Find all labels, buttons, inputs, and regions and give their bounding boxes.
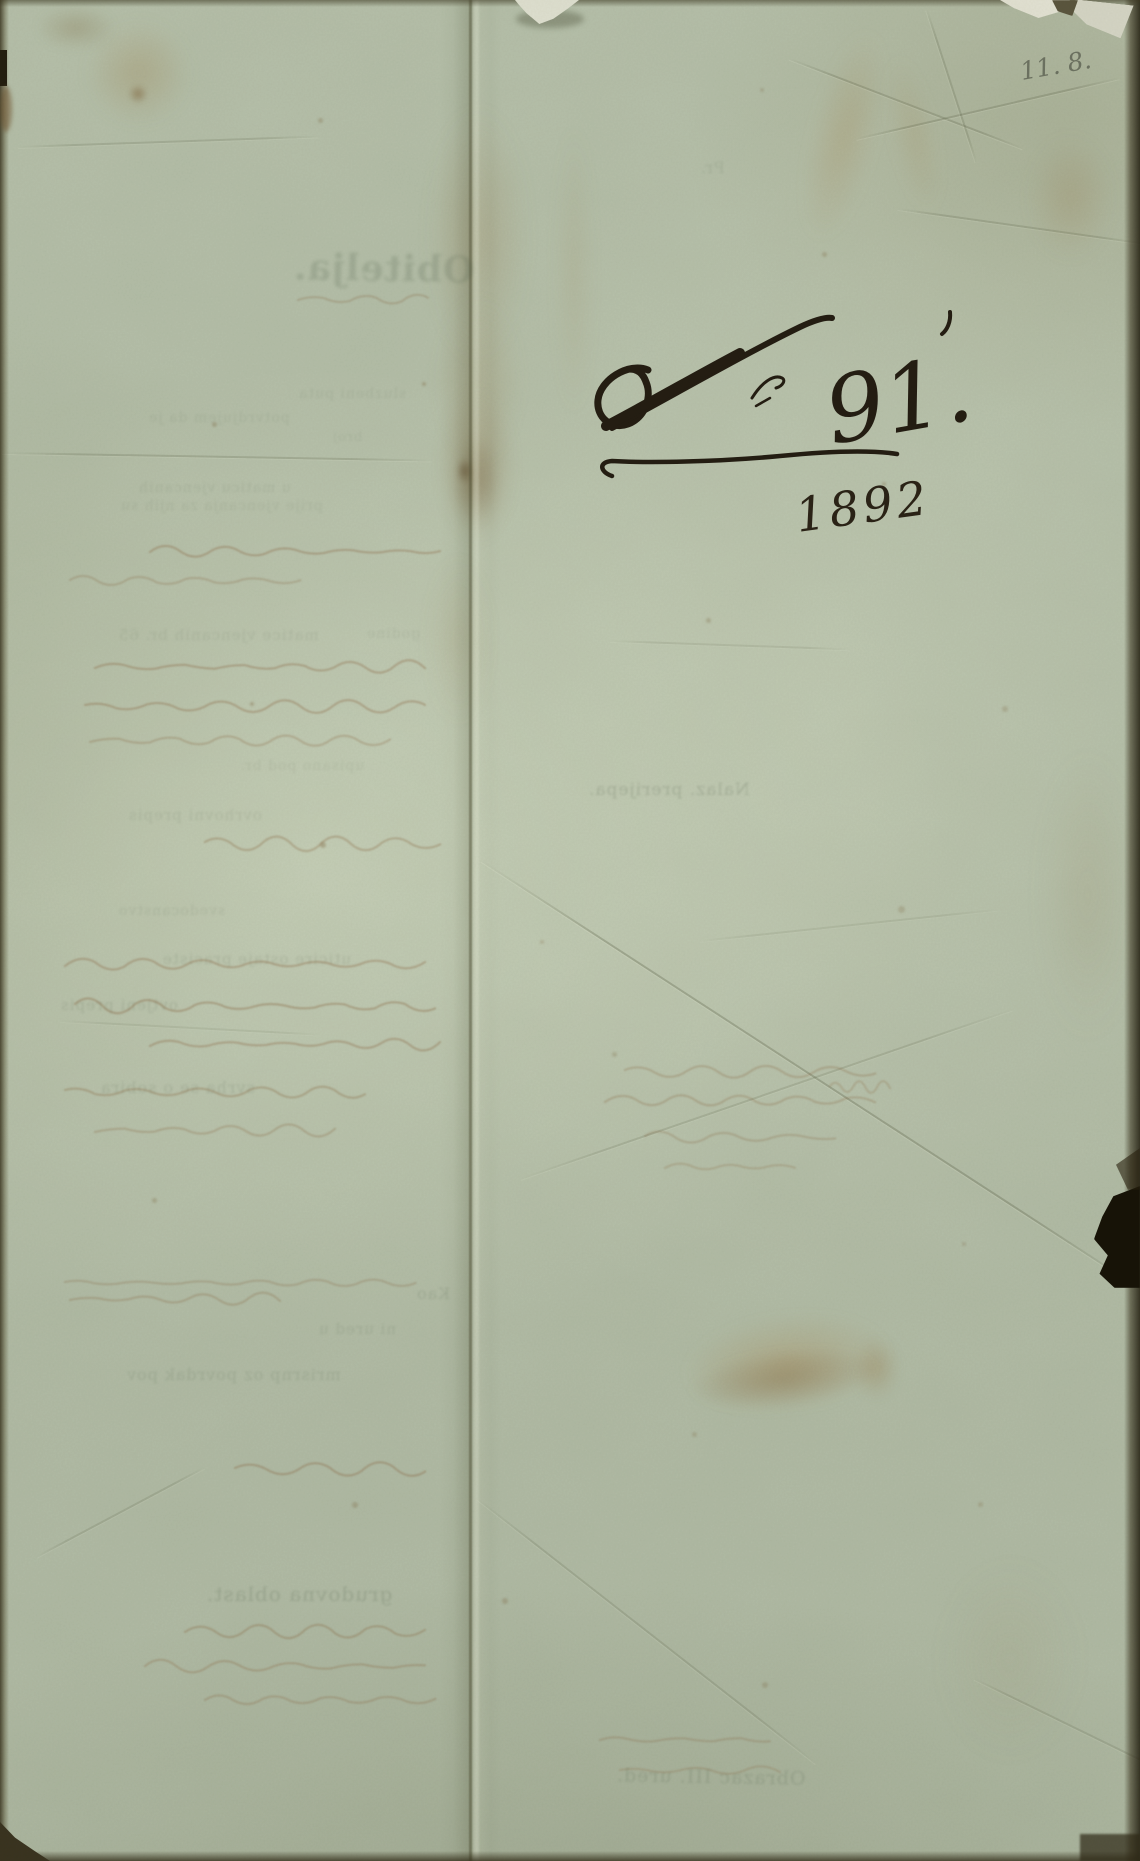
document-page: Obitelja.Pr.sluzbeni putapotvrdjujem da … xyxy=(0,0,1140,1861)
paper-grain-texture xyxy=(0,0,1140,1861)
